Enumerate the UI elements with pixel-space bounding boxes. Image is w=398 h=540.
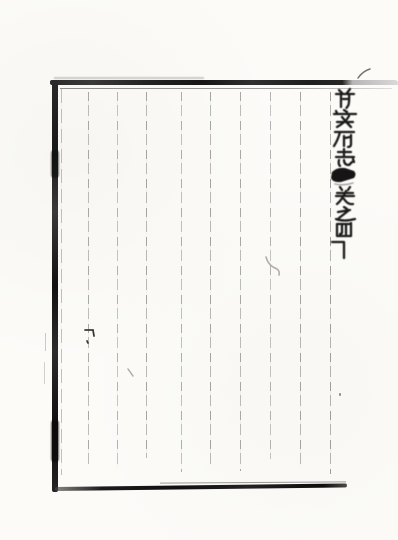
column-rule bbox=[300, 92, 301, 467]
volume-char-zhi bbox=[332, 206, 358, 222]
dot-speck bbox=[339, 393, 341, 396]
title-char-an bbox=[330, 109, 360, 129]
border-ink-blotch bbox=[51, 150, 59, 178]
column-rule bbox=[240, 92, 241, 471]
title-char-zhi bbox=[331, 148, 359, 167]
title-char-xing bbox=[331, 88, 359, 109]
hook-smudge bbox=[83, 327, 97, 349]
frame-border-top bbox=[50, 80, 398, 85]
diagonal-speck bbox=[127, 364, 136, 383]
check-smudge bbox=[262, 255, 282, 281]
column-rule bbox=[181, 92, 182, 472]
title-char-fu bbox=[331, 129, 359, 148]
ink-blot-mark bbox=[329, 166, 359, 186]
margin-streak bbox=[45, 333, 46, 351]
frame-inner-line-left bbox=[61, 89, 62, 475]
column-rule bbox=[210, 92, 211, 465]
corner-bracket-mark bbox=[330, 238, 347, 260]
tick-smudge bbox=[356, 66, 372, 85]
volume-char-juan bbox=[331, 186, 359, 206]
border-ink-blotch bbox=[51, 420, 59, 462]
column-rule bbox=[88, 92, 89, 464]
frame-border-bottom bbox=[55, 483, 347, 491]
column-rule bbox=[146, 92, 147, 458]
volume-char-si bbox=[335, 222, 353, 238]
column-rule bbox=[117, 92, 118, 469]
scanned-book-page: 興安府志 卷之四 bbox=[0, 0, 398, 540]
margin-streak bbox=[44, 362, 45, 384]
frame-top-fuzz bbox=[54, 77, 204, 79]
